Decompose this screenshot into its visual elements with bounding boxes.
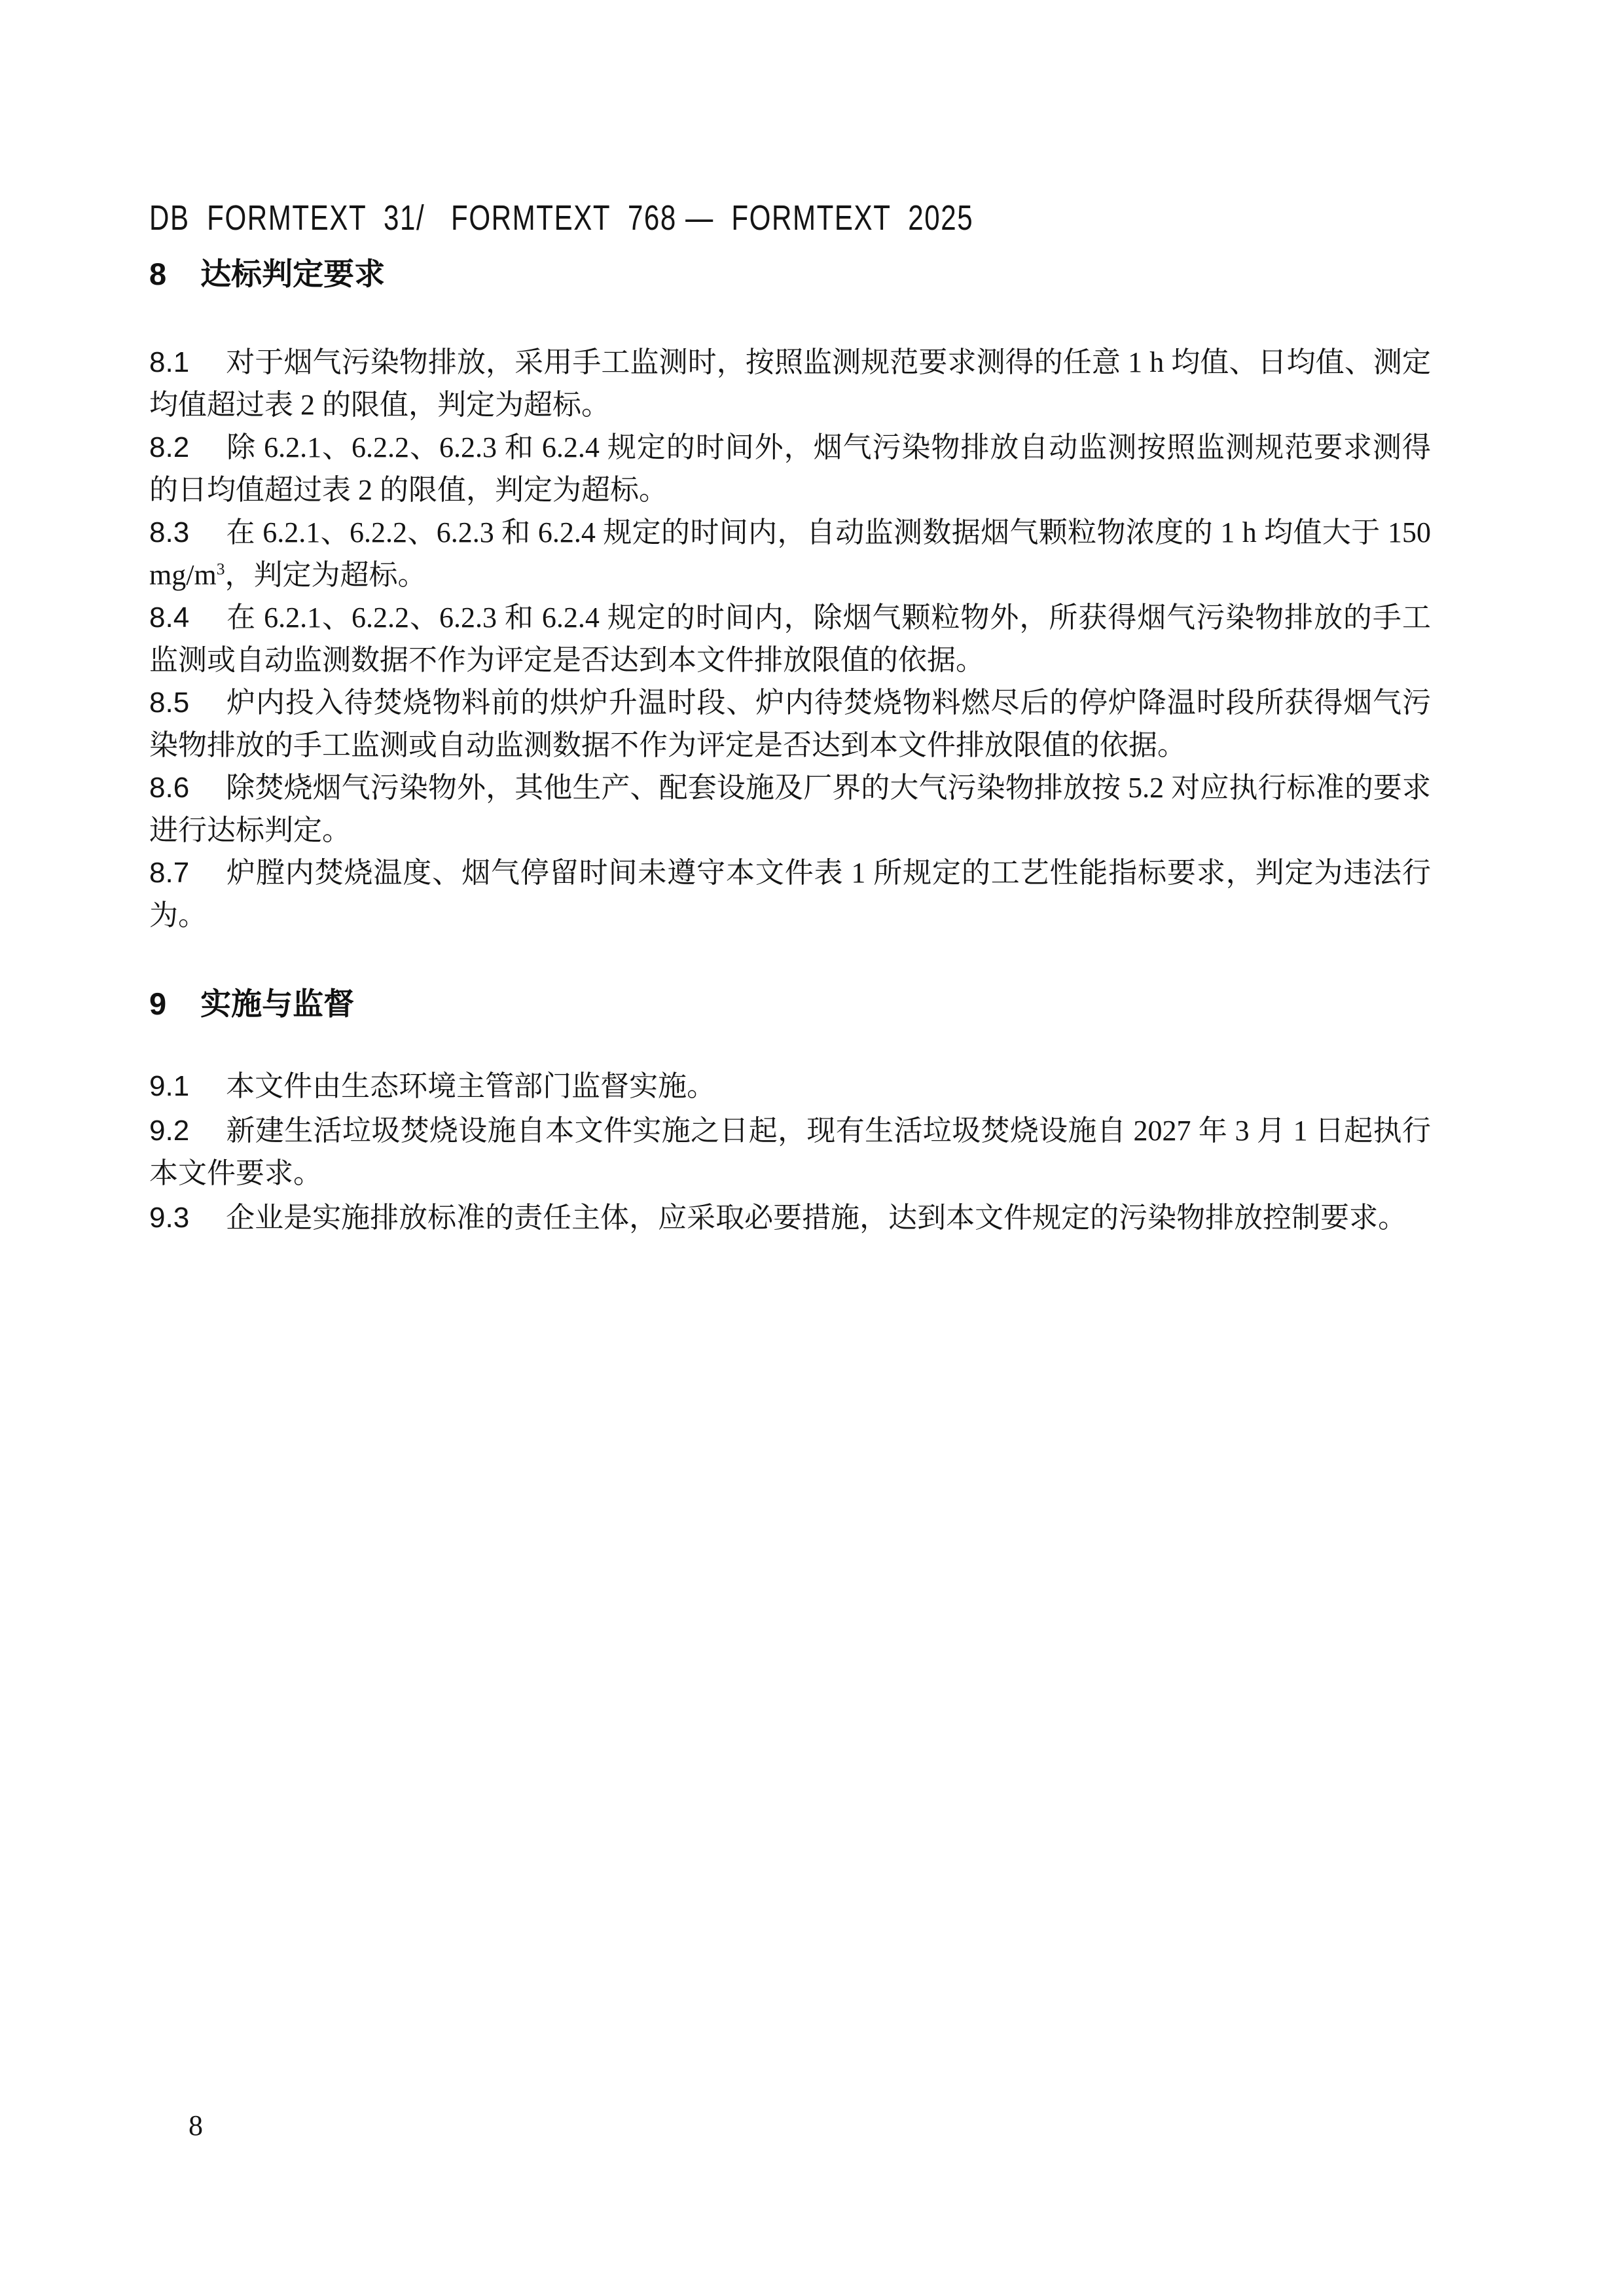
page-content: 8达标判定要求 8.1对于烟气污染物排放，采用手工监测时，按照监测规范要求测得的… [149,0,1431,1241]
section-8-title-text: 达标判定要求 [200,257,385,291]
clause-8-3-text-post: ，判定为超标。 [225,559,426,591]
clause-8-4: 8.4在 6.2.1、6.2.2、6.2.3 和 6.2.4 规定的时间内，除烟… [149,596,1431,681]
clause-9-1-number: 9.1 [149,1065,189,1107]
clause-8-5-text: 炉内投入待焚烧物料前的烘炉升温时段、炉内待焚烧物料燃尽后的停炉降温时段所获得烟气… [149,687,1431,761]
clause-8-3-superscript: 3 [217,559,225,578]
clause-8-5-number: 8.5 [149,681,189,724]
section-8-heading: 8达标判定要求 [149,257,1431,291]
clause-8-7: 8.7炉膛内焚烧温度、烟气停留时间未遵守本文件表 1 所规定的工艺性能指标要求，… [149,852,1431,937]
clause-8-6: 8.6除焚烧烟气污染物外，其他生产、配套设施及厂界的大气污染物排放按 5.2 对… [149,766,1431,852]
clause-9-1-text: 本文件由生态环境主管部门监督实施。 [226,1070,715,1102]
clause-8-1: 8.1对于烟气污染物排放，采用手工监测时，按照监测规范要求测得的任意 1 h 均… [149,341,1431,426]
clause-8-2: 8.2除 6.2.1、6.2.2、6.2.3 和 6.2.4 规定的时间外，烟气… [149,426,1431,511]
clause-8-3-number: 8.3 [149,511,189,554]
clause-9-3-text: 企业是实施排放标准的责任主体，应采取必要措施，达到本文件规定的污染物排放控制要求… [226,1202,1407,1234]
clause-8-4-number: 8.4 [149,596,189,639]
clause-8-7-text: 炉膛内焚烧温度、烟气停留时间未遵守本文件表 1 所规定的工艺性能指标要求，判定为… [149,857,1431,931]
clause-8-6-text: 除焚烧烟气污染物外，其他生产、配套设施及厂界的大气污染物排放按 5.2 对应执行… [149,772,1431,846]
clause-8-2-text: 除 6.2.1、6.2.2、6.2.3 和 6.2.4 规定的时间外，烟气污染物… [149,431,1431,506]
section-9-title-text: 实施与监督 [200,986,354,1021]
clause-8-1-number: 8.1 [149,341,189,384]
page-number: 8 [189,2111,203,2140]
clause-8-5: 8.5炉内投入待焚烧物料前的烘炉升温时段、炉内待焚烧物料燃尽后的停炉降温时段所获… [149,681,1431,766]
section-9-heading: 9实施与监督 [149,987,1431,1021]
clause-9-3: 9.3企业是实施排放标准的责任主体，应采取必要措施，达到本文件规定的污染物排放控… [149,1196,1431,1239]
clause-9-3-number: 9.3 [149,1196,189,1239]
clause-9-1: 9.1本文件由生态环境主管部门监督实施。 [149,1065,1431,1107]
clause-9-2: 9.2新建生活垃圾焚烧设施自本文件实施之日起，现有生活垃圾焚烧设施自 2027 … [149,1109,1431,1194]
clause-9-2-text: 新建生活垃圾焚烧设施自本文件实施之日起，现有生活垃圾焚烧设施自 2027 年 3… [149,1115,1431,1189]
clause-8-6-number: 8.6 [149,766,189,809]
clause-8-3: 8.3在 6.2.1、6.2.2、6.2.3 和 6.2.4 规定的时间内，自动… [149,511,1431,596]
clause-8-4-text: 在 6.2.1、6.2.2、6.2.3 和 6.2.4 规定的时间内，除烟气颗粒… [149,601,1431,676]
clause-9-2-number: 9.2 [149,1109,189,1152]
document-page: DB FORMTEXT 31/ FORMTEXT 768 — FORMTEXT … [0,0,1624,2296]
section-8: 8达标判定要求 8.1对于烟气污染物排放，采用手工监测时，按照监测规范要求测得的… [149,257,1431,937]
section-9: 9实施与监督 9.1本文件由生态环境主管部门监督实施。 9.2新建生活垃圾焚烧设… [149,987,1431,1240]
section-9-number: 9 [149,987,166,1021]
clause-8-2-number: 8.2 [149,426,189,469]
clause-8-1-text: 对于烟气污染物排放，采用手工监测时，按照监测规范要求测得的任意 1 h 均值、日… [149,346,1431,421]
clause-8-7-number: 8.7 [149,852,189,894]
section-8-number: 8 [149,257,166,291]
